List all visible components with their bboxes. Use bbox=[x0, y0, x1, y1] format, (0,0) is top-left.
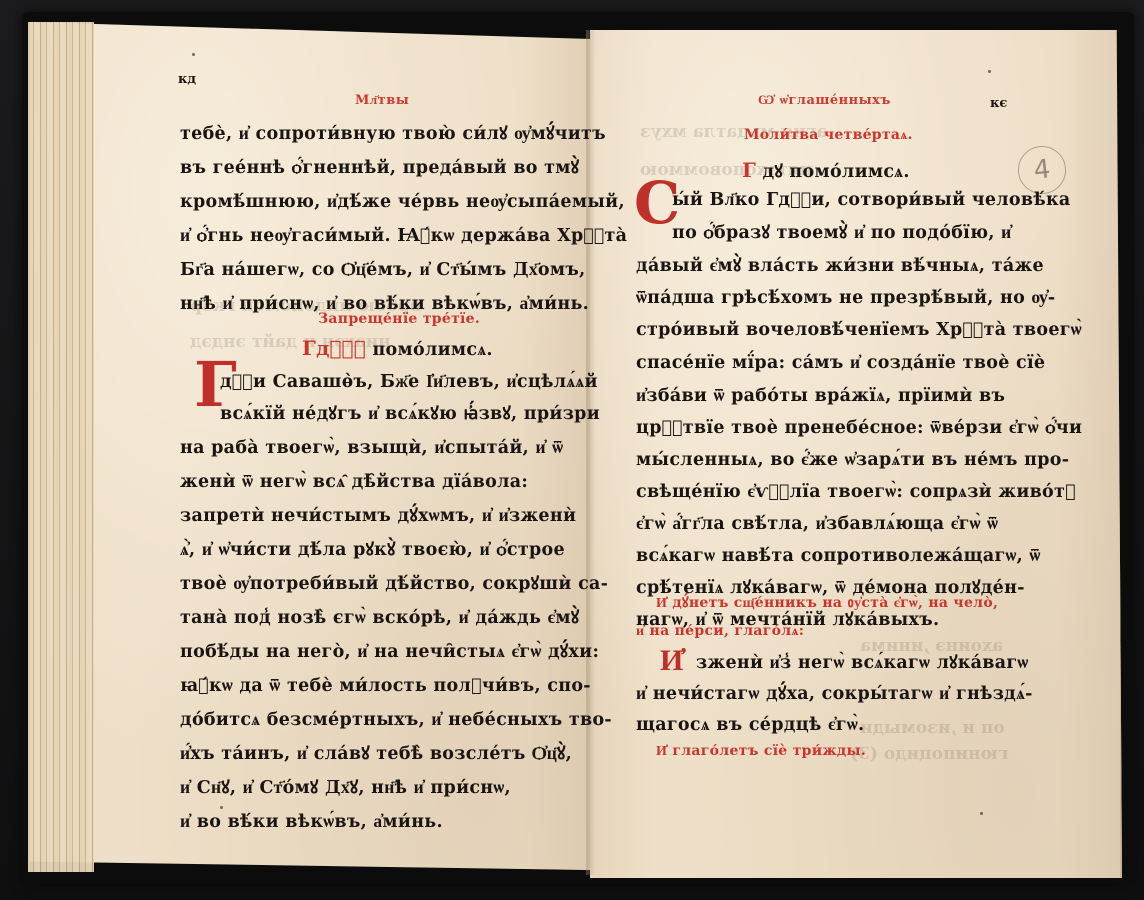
text-line: и҆ нечи́стагѡ дꙋ́ха, сокры́тагѡ и҆ гнѣзд… bbox=[636, 686, 1033, 704]
text-line: кромѣ́шнюю, и҆дѣ́же че́рвь неѹ҆сыпа́емый… bbox=[180, 194, 625, 212]
invocation-dropcap: Гдⷭ҇ꙋ bbox=[302, 336, 366, 360]
text-line: црⷭ҇твїе твоѐ пренебе́сное: ѿве́рзи є҆гѡ… bbox=[636, 420, 1082, 438]
invocation-text: дꙋ помо́лимсѧ. bbox=[763, 162, 910, 182]
paper-speck bbox=[220, 806, 223, 809]
text-line: ѧ҆̀, и҆ ѡ҆чи́сти дѣ́ла рꙋкꙋ̀ твоєю̀, и҆ … bbox=[180, 542, 565, 560]
text-line: ѿпа́дша грѣсѣ́хомъ не презрѣ́вый, но ѹ҆- bbox=[636, 290, 1055, 308]
text-line: и҆зба́ви ѿ рабо́ты вра́жїѧ, прїимѝ въ bbox=[636, 388, 1005, 406]
text-line: по ѻ҆́бразꙋ твоемꙋ̀ и҆ по подо́бїю, и҆ bbox=[672, 225, 1012, 243]
text-line: свѣще́нїю є҆ѵⷢ҇лїа твоегѡ̀: сопрѧзѝ живо… bbox=[636, 484, 1076, 502]
text-line: твоѐ ѹ҆потреби́вый дѣ́йство, сокрꙋшѝ са- bbox=[180, 576, 608, 594]
running-head: Мл҃твы bbox=[355, 92, 409, 108]
text-line: стро́ивый вочеловѣ́ченїемъ Хрⷭ҇та̀ твоег… bbox=[636, 322, 1082, 340]
text-line: и҆ Сн҃ꙋ, и҆ Ст҃о́мꙋ Дх҃ꙋ, нн҃ѣ и҆ при́сн… bbox=[180, 780, 511, 798]
text-line: запретѝ нечи́стымъ дꙋ́хѡмъ, и҆ и҆зженѝ bbox=[180, 508, 576, 526]
text-line: и҆ во вѣ́ки вѣкѡ́въ, а҆ми́нь. bbox=[180, 814, 443, 832]
invocation-line: Г дꙋ помо́лимсѧ. bbox=[742, 160, 910, 182]
page-edges bbox=[28, 22, 94, 872]
text-line: мы́сленныѧ, во є҆́же ѡ҆зарѧ́ти въ не́мъ … bbox=[636, 452, 1069, 470]
book-gutter bbox=[586, 30, 600, 875]
text-line: тана̀ под̾ нозѣ̀ єгѡ̀ вско́рѣ, и҆ да́ждь… bbox=[180, 610, 579, 628]
text-line: ы́й Вл҃ко Гдⷭ҇и, сотвори́вый человѣ́ка bbox=[672, 192, 1071, 210]
invocation-line: Гдⷭ҇ꙋ помо́лимсѧ. bbox=[302, 338, 493, 360]
folio-number: кє bbox=[990, 96, 1007, 111]
text-line: ꙗ҆́кѡ да ѿ тебѐ ми́лость полꙋчи́въ, спо- bbox=[180, 678, 591, 696]
folio-number: кд bbox=[178, 72, 196, 87]
drop-cap: И҆ bbox=[660, 646, 683, 676]
text-line: спасе́нїе мї́ра: са́мъ и҆ созда́нїе твоѐ… bbox=[636, 355, 1045, 373]
text-line: побѣ́ды на него̀, и҆ на нечи̑стыѧ є҆гѡ̀ … bbox=[180, 644, 599, 662]
text-line: женѝ ѿ негѡ̀ всѧ̑ дѣ̑йства дїа́вола: bbox=[180, 474, 528, 492]
text-line: и҆́хъ та́инъ, и҆ сла́вꙋ тебѣ̀ возсле́тъ … bbox=[180, 746, 572, 764]
text-line: до́битсѧ безсме́ртныхъ, и҆ небе́сныхъ тв… bbox=[180, 712, 612, 730]
text-line: є҆гѡ̀ а҆́гг҃ла свѣ́тла, и҆збавлѧ́юща є҆г… bbox=[636, 516, 998, 534]
text-line: зженѝ и҆з̾ негѡ̀ всѧ́кагѡ лꙋка́вагѡ bbox=[696, 655, 1029, 673]
invocation-dropcap: Г bbox=[742, 158, 756, 182]
rubric-heading: Моли́тва четве́ртаѧ. bbox=[744, 128, 913, 142]
show-through-text: оп и ,изомыди bbox=[860, 718, 1005, 738]
running-head: Ѡ҆ ѡ҆глаше́нныхъ bbox=[758, 92, 891, 108]
closing-rubric: И҆ глаго́летъ сїѐ три́жды. bbox=[656, 744, 866, 758]
text-line: всѧ́кїй не́дꙋгъ и҆ всѧ́кꙋю ꙗ҆́звꙋ, при́з… bbox=[220, 406, 600, 424]
show-through-text: гюнипоцидо (3) bbox=[850, 744, 1008, 764]
text-line: тебѐ, и҆ сопроти́вную твою̀ си́лꙋ ѹ҆мꙋ́ч… bbox=[180, 126, 606, 144]
paper-speck bbox=[988, 70, 991, 73]
rubric-instruction-line: и҆ на пе́рси, глаго́лѧ: bbox=[636, 624, 804, 638]
paper-speck bbox=[192, 53, 195, 56]
text-line: Бг҃а на́шегѡ, со Ѻ҆ц҃е́мъ, и҆ Ст҃ы́мъ Дх… bbox=[180, 262, 585, 280]
text-line: щагосѧ въ се́рдцѣ є҆гѡ̀. bbox=[636, 717, 864, 735]
rubric-heading: Запреще́нїе тре́тїе. bbox=[318, 312, 480, 326]
invocation-text: помо́лимсѧ. bbox=[372, 340, 492, 360]
text-line: и҆ ѻ҆́гнь неѹ҆гаси́мый. Ꙗ҆́кѡ держа́ва Х… bbox=[180, 228, 627, 246]
book-scan: врбою иидоиомоп гкзр ниахэн и дайт эндэд… bbox=[0, 0, 1144, 900]
text-line: дⷭ҇и Савашѳ̀ъ, Бж҃е І҆и҃левъ, и҆сцѣлѧ́ѧй bbox=[220, 374, 598, 392]
text-line: въ гее́ннѣ ѻ҆́гненнѣй, преда́вый во тмꙋ̀ bbox=[180, 160, 579, 178]
paper-speck bbox=[980, 812, 983, 815]
text-line: на раба̀ твоегѡ̀, взыщѝ, и҆спыта́й, и҆ ѿ bbox=[180, 440, 563, 458]
rubric-instruction-line: И҆ дꙋ́нетъ сщ҃е́нникъ на ᲂу҆ста̀ є҆гѡ̀, … bbox=[656, 596, 998, 610]
text-line: всѧ́кагѡ навѣ́та сопротиволежа́щагѡ, ѿ bbox=[636, 548, 1041, 566]
text-line: да́вый є҆мꙋ̀ вла́сть жи́зни вѣ́чныѧ, та́… bbox=[636, 258, 1044, 276]
